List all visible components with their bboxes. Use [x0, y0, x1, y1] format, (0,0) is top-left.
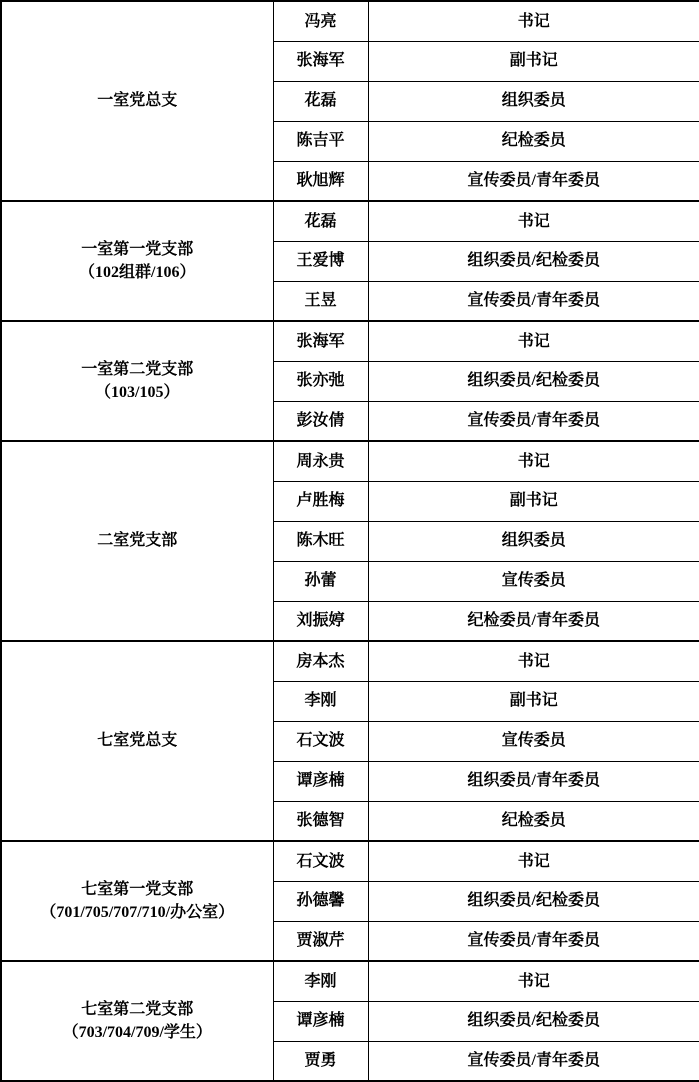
table-row: 一室党总支冯亮书记 — [1, 1, 699, 41]
member-name-cell: 陈吉平 — [273, 121, 368, 161]
member-role-cell: 宣传委员 — [368, 721, 699, 761]
member-role-cell: 组织委员/纪检委员 — [368, 241, 699, 281]
member-role-cell: 副书记 — [368, 681, 699, 721]
member-role-cell: 副书记 — [368, 41, 699, 81]
member-name-cell: 李刚 — [273, 681, 368, 721]
member-name-cell: 刘振婷 — [273, 601, 368, 641]
member-role-cell: 书记 — [368, 841, 699, 881]
org-cell: 一室第一党支部（102组群/106） — [1, 201, 273, 321]
member-name-cell: 彭汝倩 — [273, 401, 368, 441]
member-role-cell: 宣传委员/青年委员 — [368, 281, 699, 321]
member-role-cell: 组织委员 — [368, 521, 699, 561]
member-role-cell: 组织委员/纪检委员 — [368, 1001, 699, 1041]
member-role-cell: 宣传委员/青年委员 — [368, 921, 699, 961]
table-row: 七室第一党支部（701/705/707/710/办公室）石文波书记 — [1, 841, 699, 881]
member-name-cell: 花磊 — [273, 201, 368, 241]
org-sub-label: （102组群/106） — [6, 261, 269, 284]
member-role-cell: 书记 — [368, 961, 699, 1001]
table-row: 一室第一党支部（102组群/106）花磊书记 — [1, 201, 699, 241]
member-name-cell: 贾勇 — [273, 1041, 368, 1081]
member-name-cell: 耿旭辉 — [273, 161, 368, 201]
member-role-cell: 组织委员/青年委员 — [368, 761, 699, 801]
member-name-cell: 谭彦楠 — [273, 1001, 368, 1041]
org-name: 一室党总支 — [6, 89, 269, 112]
member-name-cell: 贾淑芹 — [273, 921, 368, 961]
table-row: 一室第二党支部（103/105）张海军书记 — [1, 321, 699, 361]
member-role-cell: 书记 — [368, 1, 699, 41]
member-role-cell: 书记 — [368, 201, 699, 241]
member-name-cell: 王昱 — [273, 281, 368, 321]
table-row: 七室第二党支部（703/704/709/学生）李刚书记 — [1, 961, 699, 1001]
org-cell: 一室第二党支部（103/105） — [1, 321, 273, 441]
org-sub-label: （701/705/707/710/办公室） — [6, 901, 269, 924]
member-role-cell: 书记 — [368, 321, 699, 361]
member-role-cell: 宣传委员/青年委员 — [368, 401, 699, 441]
org-cell: 七室第二党支部（703/704/709/学生） — [1, 961, 273, 1081]
member-name-cell: 房本杰 — [273, 641, 368, 681]
member-name-cell: 张海军 — [273, 321, 368, 361]
member-name-cell: 花磊 — [273, 81, 368, 121]
member-role-cell: 纪检委员 — [368, 801, 699, 841]
org-cell: 七室第一党支部（701/705/707/710/办公室） — [1, 841, 273, 961]
member-name-cell: 石文波 — [273, 721, 368, 761]
member-name-cell: 张海军 — [273, 41, 368, 81]
org-name: 七室第一党支部 — [6, 878, 269, 901]
member-role-cell: 组织委员 — [368, 81, 699, 121]
org-name: 一室第二党支部 — [6, 358, 269, 381]
org-sub-label: （703/704/709/学生） — [6, 1021, 269, 1044]
org-name: 一室第一党支部 — [6, 238, 269, 261]
member-role-cell: 纪检委员/青年委员 — [368, 601, 699, 641]
member-name-cell: 王爱博 — [273, 241, 368, 281]
member-name-cell: 石文波 — [273, 841, 368, 881]
member-name-cell: 陈木旺 — [273, 521, 368, 561]
member-role-cell: 宣传委员/青年委员 — [368, 1041, 699, 1081]
member-name-cell: 谭彦楠 — [273, 761, 368, 801]
org-name: 七室党总支 — [6, 729, 269, 752]
member-role-cell: 副书记 — [368, 481, 699, 521]
member-name-cell: 卢胜梅 — [273, 481, 368, 521]
member-name-cell: 张亦弛 — [273, 361, 368, 401]
member-role-cell: 组织委员/纪检委员 — [368, 361, 699, 401]
member-name-cell: 孙德馨 — [273, 881, 368, 921]
org-cell: 一室党总支 — [1, 1, 273, 201]
org-name: 七室第二党支部 — [6, 998, 269, 1021]
member-role-cell: 书记 — [368, 641, 699, 681]
member-role-cell: 宣传委员/青年委员 — [368, 161, 699, 201]
member-name-cell: 冯亮 — [273, 1, 368, 41]
member-name-cell: 周永贵 — [273, 441, 368, 481]
table-row: 七室党总支房本杰书记 — [1, 641, 699, 681]
org-cell: 二室党支部 — [1, 441, 273, 641]
member-name-cell: 李刚 — [273, 961, 368, 1001]
member-role-cell: 纪检委员 — [368, 121, 699, 161]
member-role-cell: 宣传委员 — [368, 561, 699, 601]
document-page: 一室党总支冯亮书记张海军副书记花磊组织委员陈吉平纪检委员耿旭辉宣传委员/青年委员… — [0, 0, 699, 1082]
org-cell: 七室党总支 — [1, 641, 273, 841]
member-name-cell: 张德智 — [273, 801, 368, 841]
member-name-cell: 孙蕾 — [273, 561, 368, 601]
org-sub-label: （103/105） — [6, 381, 269, 404]
member-role-cell: 书记 — [368, 441, 699, 481]
table-row: 二室党支部周永贵书记 — [1, 441, 699, 481]
party-branch-table: 一室党总支冯亮书记张海军副书记花磊组织委员陈吉平纪检委员耿旭辉宣传委员/青年委员… — [0, 0, 699, 1082]
org-name: 二室党支部 — [6, 529, 269, 552]
member-role-cell: 组织委员/纪检委员 — [368, 881, 699, 921]
